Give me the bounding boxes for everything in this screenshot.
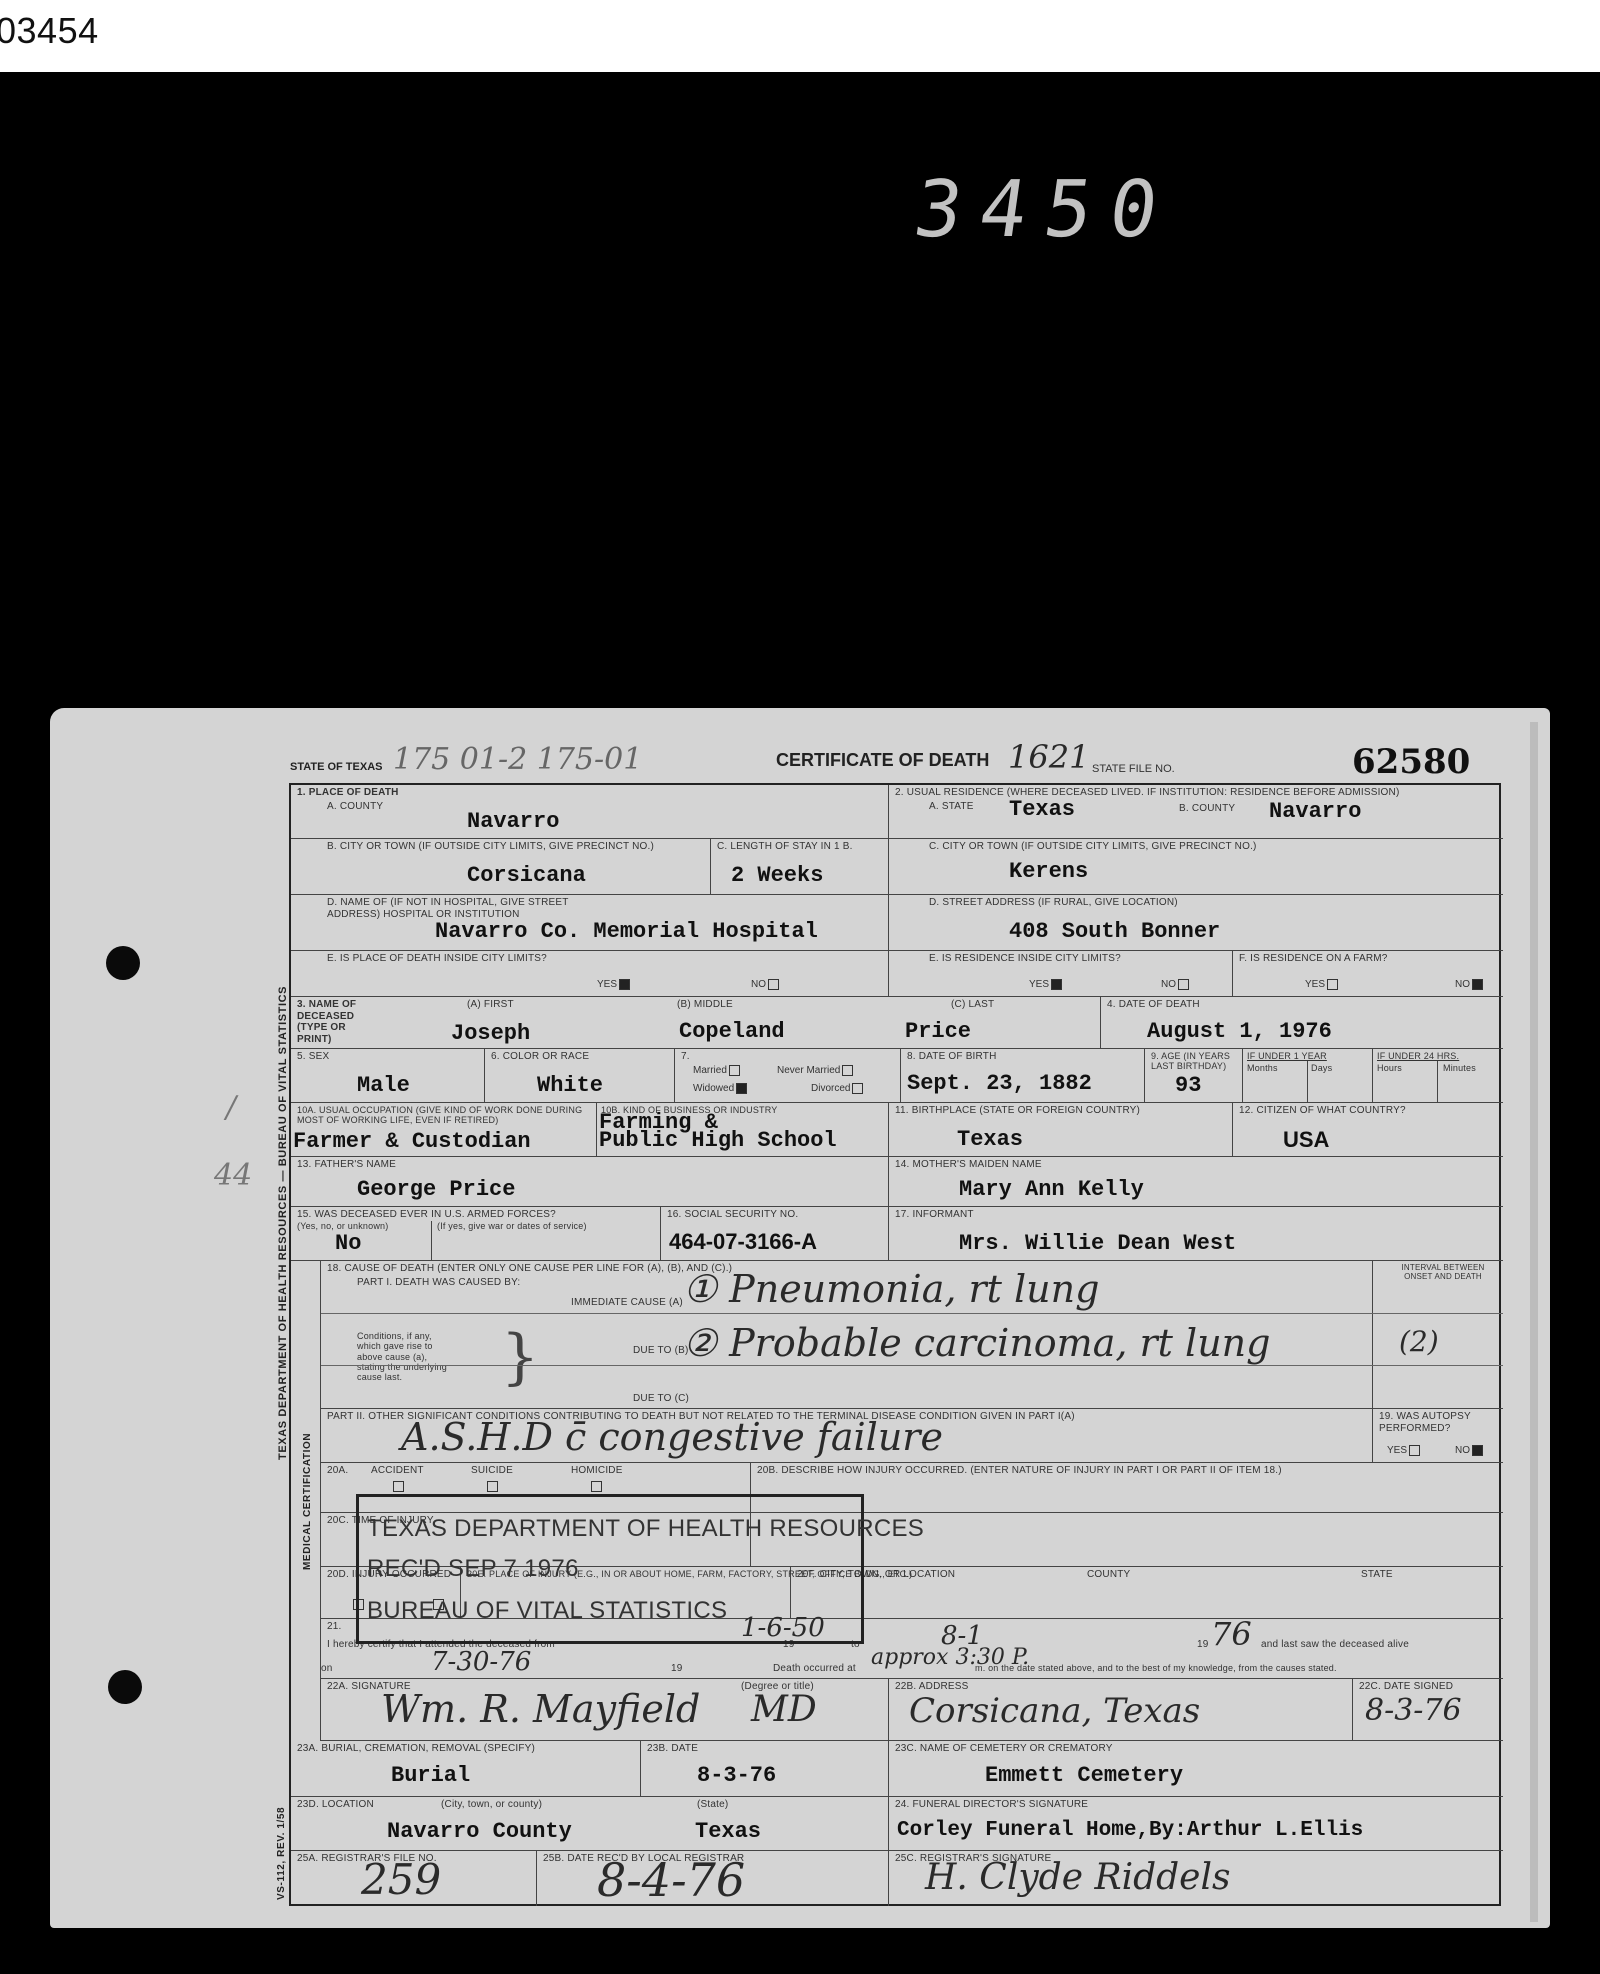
checkbox-unchecked[interactable] [852,1083,863,1094]
residence-street-field: d. STREET ADDRESS (If rural, give locati… [889,895,1503,951]
age-value: 93 [1175,1073,1201,1098]
residence-inside-city-limits-field: e. IS RESIDENCE INSIDE CITY LIMITS? YES … [889,951,1233,997]
race-field: 6. COLOR OR RACE White [485,1049,675,1103]
physician-signature: Wm. R. Mayfield [381,1687,700,1731]
death-inside-city-limits-field: e. IS PLACE OF DEATH INSIDE CITY LIMITS?… [291,951,889,997]
residence-city-field: c. CITY OR TOWN (If outside city limits,… [889,839,1503,895]
form-code: VS-112, REV. 1/58 [276,1780,287,1900]
cemetery-value: Emmett Cemetery [985,1763,1183,1788]
checkbox-unchecked[interactable] [768,979,779,990]
race-value: White [537,1073,603,1098]
length-of-stay-value: 2 Weeks [731,863,823,888]
mother-name-value: Mary Ann Kelly [959,1177,1144,1202]
disposition-state-value: Texas [695,1819,761,1844]
certificate-title: CERTIFICATE OF DEATH [776,750,989,771]
death-city-field: b. CITY OR TOWN (If outside city limits,… [291,839,711,895]
place-of-death-county-field: 1. PLACE OF DEATH a. COUNTY Navarro [291,785,889,839]
hospital-field: d. NAME OF (If not in hospital, give str… [291,895,889,951]
homicide-checkbox[interactable] [591,1481,602,1492]
cemetery-field: 23c. NAME OF CEMETERY OR CREMATORY Emmet… [889,1741,1503,1797]
suicide-checkbox[interactable] [487,1481,498,1492]
stamp-line-3: BUREAU OF VITAL STATISTICS [367,1597,727,1625]
death-city-value: Corsicana [467,863,586,888]
armed-forces-value: No [335,1231,361,1256]
disposition-location-value: Navarro County [387,1819,572,1844]
attended-to-year: 76 [1211,1615,1252,1653]
birthplace-value: Texas [957,1127,1023,1152]
checkbox-unchecked[interactable] [1178,979,1189,990]
death-certificate-form: 1. PLACE OF DEATH a. COUNTY Navarro 2. U… [289,783,1501,1906]
checkbox-unchecked[interactable] [1327,979,1338,990]
residence-on-farm-field: f. IS RESIDENCE ON A FARM? YES NO [1233,951,1503,997]
physician-address-field: 22b. ADDRESS Corsicana, Texas [889,1679,1353,1741]
death-county-value: Navarro [467,809,559,834]
armed-forces-field: 15. WAS DECEASED EVER IN U.S. ARMED FORC… [291,1207,661,1261]
checkbox-checked[interactable] [1051,979,1062,990]
business-value-line2: Public High School [599,1131,837,1151]
funeral-director-field: 24. FUNERAL DIRECTOR'S SIGNATURE Corley … [889,1797,1503,1851]
registrar-file-value: 259 [361,1855,441,1904]
informant-value: Mrs. Willie Dean West [959,1231,1236,1256]
citizenship-field: 12. CITIZEN OF WHAT COUNTRY? USA [1233,1103,1503,1157]
physician-degree: MD [751,1689,817,1730]
age-field: 9. AGE (In years last birthday) 93 [1145,1049,1243,1103]
date-signed-value: 8-3-76 [1365,1693,1462,1728]
middle-name-value: Copeland [679,1019,785,1044]
handwritten-number: 1621 [1008,738,1089,776]
social-security-field: 16. SOCIAL SECURITY NO. 464-07-3166-A [661,1207,889,1261]
state-file-label: STATE FILE NO. [1092,763,1175,775]
residence-street-value: 408 South Bonner [1009,919,1220,944]
physician-signature-field: 22a. SIGNATURE (Degree or title) Wm. R. … [321,1679,889,1741]
stamp-line-1: TEXAS DEPARTMENT OF HEALTH RESOURCES [367,1515,924,1543]
deceased-name-field: 3. NAME OF DECEASED (Type or print) (a) … [291,997,1101,1049]
state-label: STATE OF TEXAS [290,761,383,773]
date-of-death-field: 4. DATE OF DEATH August 1, 1976 [1101,997,1503,1049]
checkbox-unchecked[interactable] [729,1065,740,1076]
date-signed-field: 22c. DATE SIGNED 8-3-76 [1353,1679,1503,1741]
disposition-method-field: 23a. BURIAL, CREMATION, REMOVAL (Specify… [291,1741,641,1797]
disposition-date-value: 8-3-76 [697,1763,776,1788]
physician-address: Corsicana, Texas [909,1691,1200,1731]
checkbox-checked[interactable] [619,979,630,990]
accident-checkbox[interactable] [393,1481,404,1492]
under-24-hours-field: IF UNDER 24 HRS. Hours Minutes [1373,1049,1503,1103]
occupation-value: Farmer & Custodian [293,1129,531,1154]
length-of-stay-field: c. LENGTH OF STAY in 1 b. 2 Weeks [711,839,889,895]
residence-county-value: Navarro [1269,799,1361,824]
stamp-line-2: REC'D SEP 7 1976 [367,1555,579,1583]
disposition-date-field: 23b. DATE 8-3-76 [641,1741,889,1797]
sex-value: Male [357,1073,410,1098]
checkbox-unchecked[interactable] [1409,1445,1420,1456]
checkbox-unchecked[interactable] [842,1065,853,1076]
registrar-file-field: 25a. REGISTRAR'S FILE NO. 259 [291,1851,537,1906]
sex-field: 5. SEX Male [291,1049,485,1103]
informant-field: 17. INFORMANT Mrs. Willie Dean West [889,1207,1503,1261]
father-name-field: 13. FATHER'S NAME George Price [291,1157,889,1207]
received-stamp: TEXAS DEPARTMENT OF HEALTH RESOURCES REC… [356,1494,864,1644]
sheet-edge [1530,722,1538,1922]
roll-id: 03454 [0,10,99,52]
hospital-value: Navarro Co. Memorial Hospital [435,919,818,944]
under-one-year-field: IF UNDER 1 YEAR Months Days [1243,1049,1373,1103]
checkbox-checked[interactable] [736,1083,747,1094]
state-file-number: 62580 [1352,742,1470,782]
marital-status-field: 7. Married Never Married Widowed Divorce… [675,1049,901,1103]
punch-hole-icon [108,1670,142,1704]
disposition-method-value: Burial [391,1763,470,1788]
checkbox-checked[interactable] [1472,979,1483,990]
margin-note-1: / [226,1090,236,1125]
checkbox-checked[interactable] [1472,1445,1483,1456]
registrar-signature-field: 25c. REGISTRAR'S SIGNATURE H. Clyde Ridd… [889,1851,1503,1906]
film-header-strip: 03454 [0,0,1600,72]
disposition-location-field: 23d. LOCATION (City, town, or county) (S… [291,1797,889,1851]
birthplace-field: 11. BIRTHPLACE (State or foreign country… [889,1103,1233,1157]
residence-state-value: Texas [1009,797,1075,822]
department-side-label: TEXAS DEPARTMENT OF HEALTH RESOURCES — B… [277,945,289,1460]
registrar-date-field: 25b. DATE REC'D BY LOCAL REGISTRAR 8-4-7… [537,1851,889,1906]
last-name-value: Price [905,1019,971,1044]
citizenship-value: USA [1283,1127,1329,1153]
residence-city-value: Kerens [1009,859,1088,884]
first-name-value: Joseph [451,1021,530,1046]
handwritten-codes: 175 01-2 175-01 [393,742,642,777]
registrar-signature: H. Clyde Riddels [925,1857,1230,1898]
ssn-value: 464-07-3166-A [669,1229,817,1255]
funeral-director-value: Corley Funeral Home,By:Arthur L.Ellis [897,1819,1363,1842]
last-seen-date: 7-30-76 [431,1647,531,1677]
part-two-value: A.S.H.D c̄ congestive failure [401,1415,943,1459]
immediate-cause-value: ① Pneumonia, rt lung [683,1267,1099,1311]
registrar-date-value: 8-4-76 [597,1853,745,1907]
mother-name-field: 14. MOTHER'S MAIDEN NAME Mary Ann Kelly [889,1157,1503,1207]
date-of-birth-field: 8. DATE OF BIRTH Sept. 23, 1882 [901,1049,1145,1103]
due-to-b-value: ② Probable carcinoma, rt lung [683,1321,1270,1365]
business-field: 10b. KIND OF BUSINESS OR INDUSTRY Farmin… [597,1103,889,1157]
residence-state-county-field: 2. USUAL RESIDENCE (Where deceased lived… [889,785,1503,839]
date-of-birth-value: Sept. 23, 1882 [907,1071,1092,1096]
interval-onset-field: INTERVAL BETWEEN ONSET AND DEATH (2) [1373,1261,1503,1409]
cause-of-death-field: 18. CAUSE OF DEATH (Enter only one cause… [321,1261,1373,1409]
father-name-value: George Price [357,1177,515,1202]
injury-location-field: 20f. CITY, TOWN, OR LOCATION COUNTY STAT… [791,1567,1503,1619]
margin-note-2: 44 [214,1158,252,1193]
autopsy-field: 19. WAS AUTOPSY PERFORMED? YES NO [1373,1409,1503,1463]
occupation-field: 10a. USUAL OCCUPATION (Give kind of work… [291,1103,597,1157]
medical-certification-rail [291,1261,321,1741]
interval-value: (2) [1399,1325,1439,1358]
frame-number: 3450 [909,165,1181,255]
part-two-field: PART II. OTHER SIGNIFICANT CONDITIONS CO… [321,1409,1373,1463]
punch-hole-icon [106,946,140,980]
date-of-death-value: August 1, 1976 [1147,1019,1332,1044]
